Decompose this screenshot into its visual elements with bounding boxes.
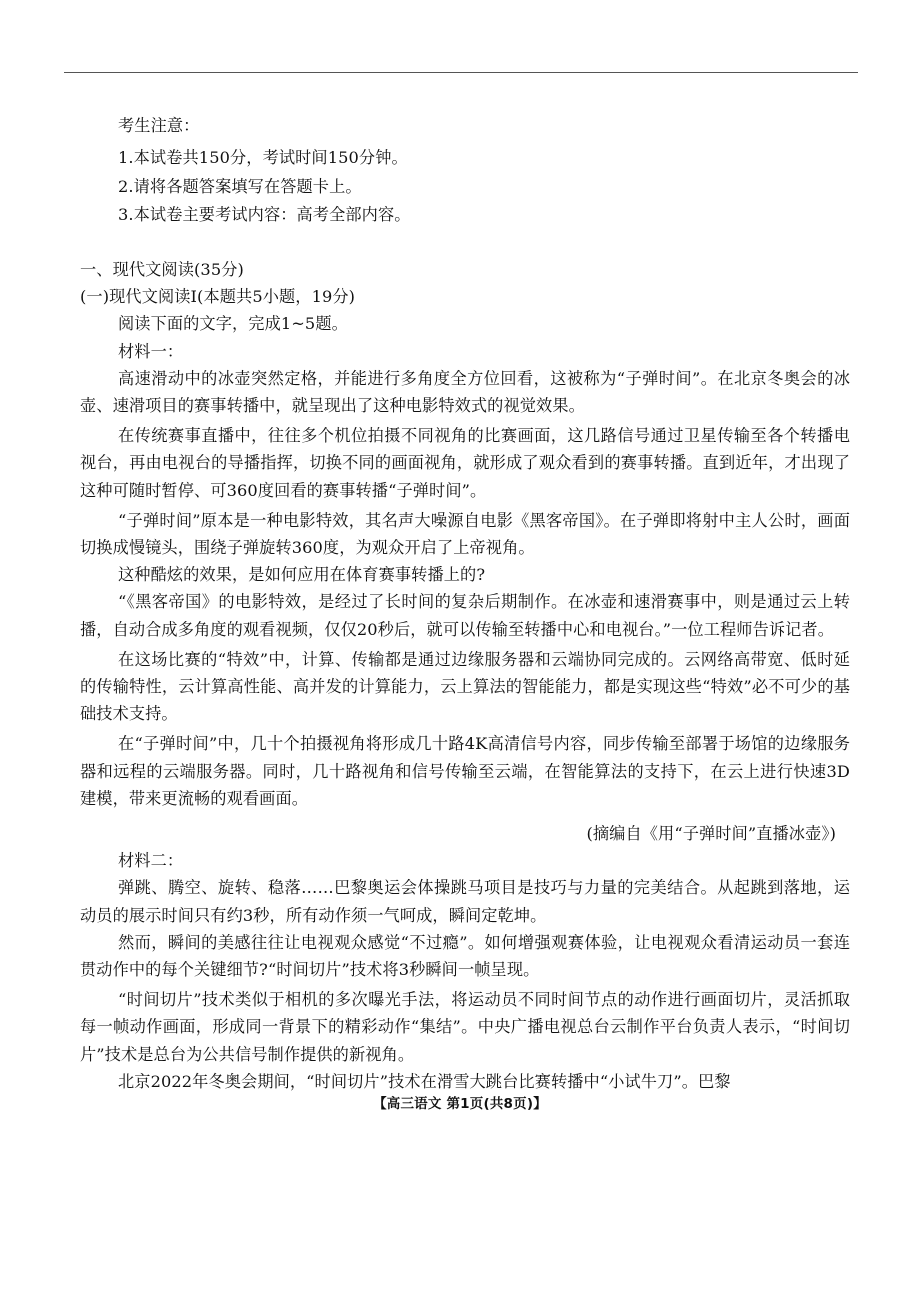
material-two-paragraph: 弹跳、腾空、旋转、稳落……巴黎奥运会体操跳马项目是技巧与力量的完美结合。从起跳到… (80, 874, 850, 928)
material-one-label: 材料一： (80, 338, 850, 365)
exam-notice: 考生注意： 1.本试卷共150分，考试时间150分钟。 2.请将各题答案填写在答… (118, 112, 850, 230)
material-one-paragraph: “子弹时间”原本是一种电影特效，其名声大噪源自电影《黑客帝国》。在子弹即将射中主… (80, 507, 850, 561)
notice-item: 1.本试卷共150分，考试时间150分钟。 (118, 144, 850, 173)
material-one-paragraph: “《黑客帝国》的电影特效，是经过了长时间的复杂后期制作。在冰壶和速滑赛事中，则是… (80, 588, 850, 642)
material-one-paragraph: 这种酷炫的效果，是如何应用在体育赛事转播上的? (80, 561, 850, 588)
header-rule (64, 72, 858, 73)
notice-title: 考生注意： (118, 112, 850, 139)
material-one-paragraph: 高速滑动中的冰壶突然定格，并能进行多角度全方位回看，这被称为“子弹时间”。在北京… (80, 365, 850, 419)
notice-item: 2.请将各题答案填写在答题卡上。 (118, 173, 850, 202)
material-one-paragraph: 在传统赛事直播中，往往多个机位拍摄不同视角的比赛画面，这几路信号通过卫星传输至各… (80, 422, 850, 504)
notice-item: 3.本试卷主要考试内容：高考全部内容。 (118, 201, 850, 230)
material-one-source: (摘编自《用“子弹时间”直播冰壶》) (80, 820, 850, 847)
section-subheading: (一)现代文阅读Ⅰ(本题共5小题，19分) (80, 283, 850, 310)
material-one-paragraph: 在“子弹时间”中，几十个拍摄视角将形成几十路4K高清信号内容，同步传输至部署于场… (80, 730, 850, 812)
page-footer: 【高三语文 第1页(共8页)】 (0, 1092, 920, 1112)
exam-page: 考生注意： 1.本试卷共150分，考试时间150分钟。 2.请将各题答案填写在答… (80, 112, 850, 1095)
material-two-paragraph: “时间切片”技术类似于相机的多次曝光手法，将运动员不同时间节点的动作进行画面切片… (80, 986, 850, 1068)
section-heading: 一、现代文阅读(35分) (80, 256, 850, 283)
material-two-paragraph: 北京2022年冬奥会期间，“时间切片”技术在滑雪大跳台比赛转播中“小试牛刀”。巴… (80, 1068, 850, 1095)
material-two-label: 材料二： (80, 847, 850, 874)
reading-instruction: 阅读下面的文字，完成1~5题。 (80, 310, 850, 337)
material-two-paragraph: 然而，瞬间的美感往往让电视观众感觉“不过瘾”。如何增强观赛体验，让电视观众看清运… (80, 929, 850, 983)
material-one-paragraph: 在这场比赛的“特效”中，计算、传输都是通过边缘服务器和云端协同完成的。云网络高带… (80, 646, 850, 728)
